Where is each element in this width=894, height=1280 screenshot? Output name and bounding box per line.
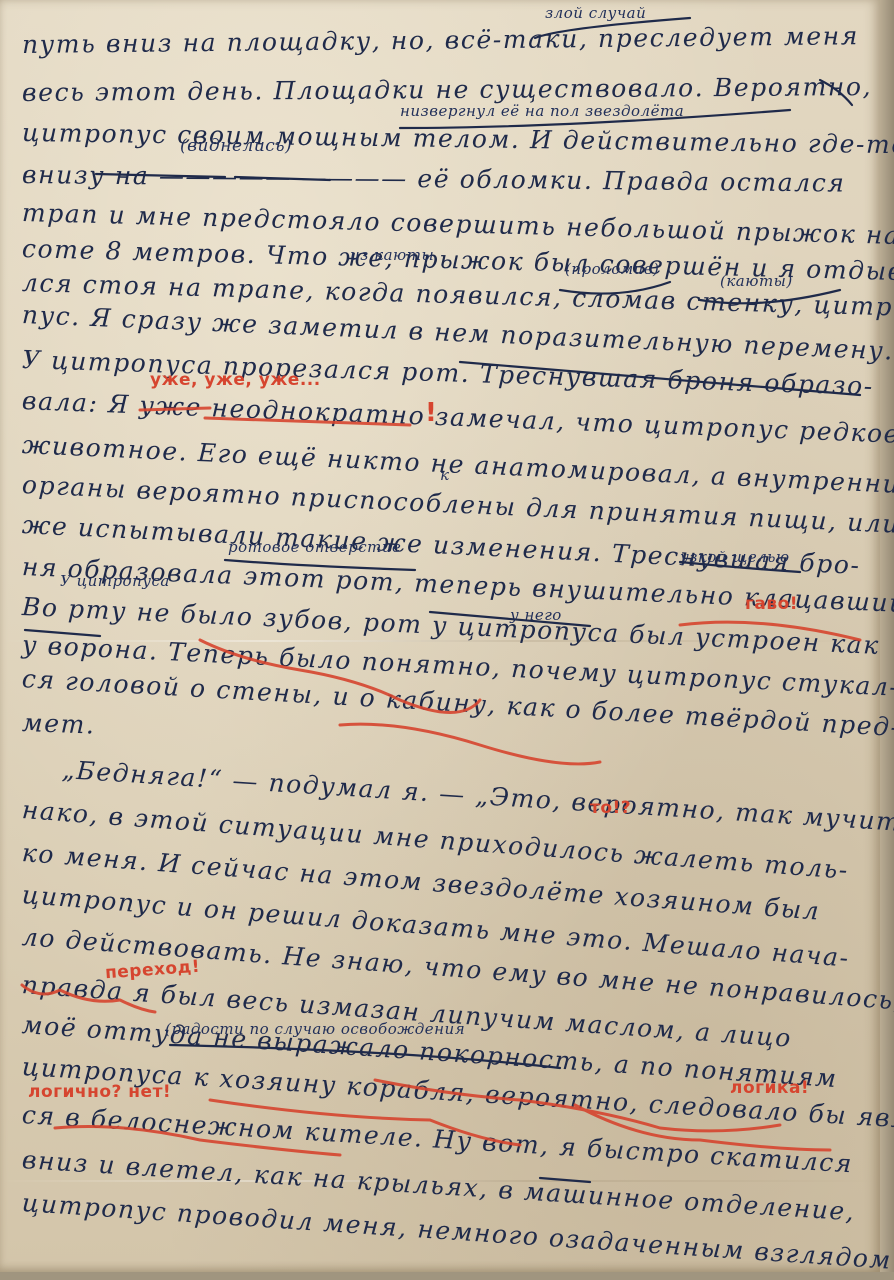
page-edge-right xyxy=(880,0,894,1280)
red-annotation: ! xyxy=(425,398,437,428)
interlinear-note: злой случай xyxy=(545,4,646,22)
interlinear-note: у него xyxy=(510,606,562,624)
interlinear-note: У цитропуса xyxy=(60,572,170,590)
page-edge-bottom xyxy=(0,1272,894,1280)
red-annotation: логика! xyxy=(730,1078,809,1098)
red-annotation: гаво! xyxy=(745,594,798,614)
red-annotation: уже, уже, уже... xyxy=(150,370,321,390)
interlinear-note: узкой щелью xyxy=(680,548,790,566)
red-annotation: логично? нет! xyxy=(28,1082,171,1102)
interlinear-note: к xyxy=(440,466,449,484)
interlinear-note: (каюты) xyxy=(720,272,793,290)
interlinear-note: (виднелись) xyxy=(180,136,292,156)
interlinear-note: (проломив) xyxy=(565,260,659,278)
red-annotation: то!? xyxy=(590,798,631,818)
interlinear-note: ротовое отверстие xyxy=(228,538,401,556)
interlinear-note: низвергнул её на пол звездолёта xyxy=(400,102,684,120)
interlinear-note: из каюты xyxy=(350,246,434,264)
interlinear-note: (радости по случаю освобождения xyxy=(165,1020,465,1038)
manuscript-line: мет. xyxy=(21,708,96,740)
